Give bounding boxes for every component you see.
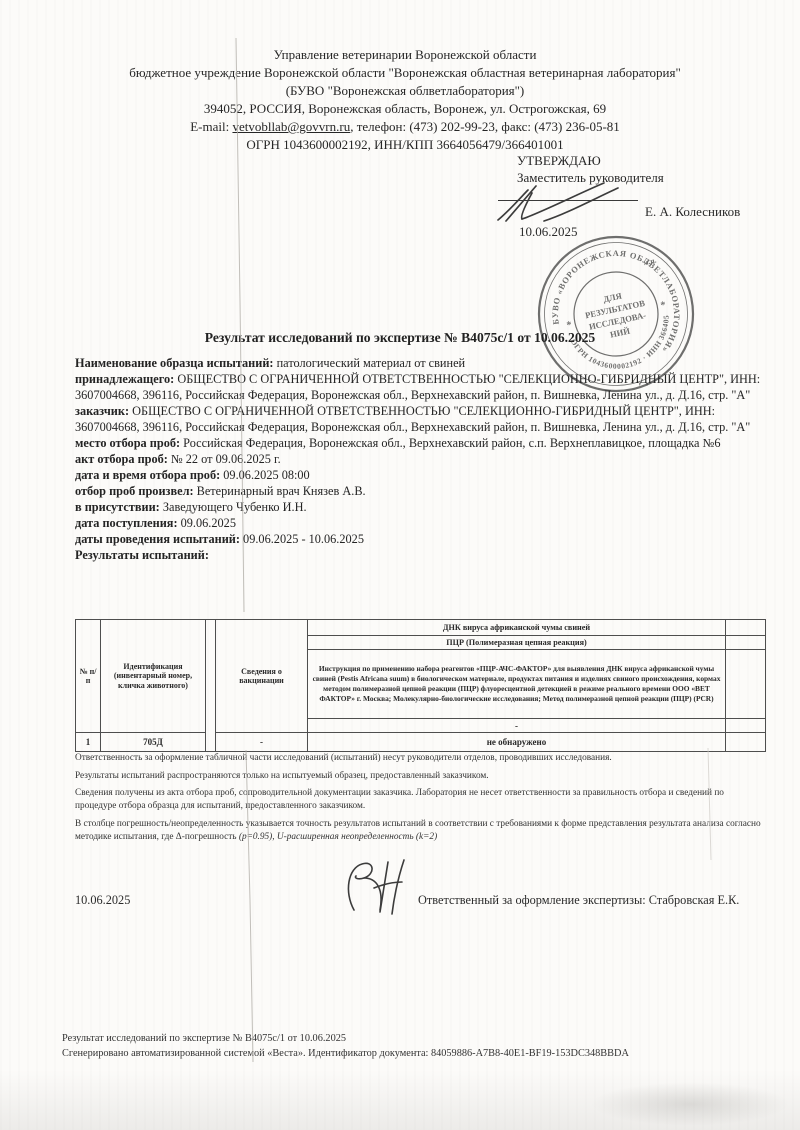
notes-block: Ответственность за оформление табличной … xyxy=(75,752,767,848)
scan-smudge-spot xyxy=(590,1082,790,1126)
right-spacer-cell-1 xyxy=(726,620,766,636)
field-witness: в присутствии: Заведующего Чубенко И.Н. xyxy=(75,499,765,515)
field-sampled-by: отбор проб произвел: Ветеринарный врач К… xyxy=(75,483,765,499)
note-3: Сведения получены из акта отбора проб, с… xyxy=(75,787,767,813)
field-customer: заказчик: ОБЩЕСТВО С ОГРАНИЧЕННОЙ ОТВЕТС… xyxy=(75,403,765,435)
row-result-cell: не обнаружено xyxy=(308,733,726,752)
footer-expertise-line: Результат исследований по экспертизе № В… xyxy=(62,1031,629,1046)
row-identification-cell: 705Д xyxy=(101,733,206,752)
org-contacts: E-mail: vetvobllab@govvrn.ru, телефон: (… xyxy=(40,118,770,136)
stamp-star-right: * xyxy=(660,300,667,312)
org-name-line2: бюджетное учреждение Воронежской области… xyxy=(40,64,770,82)
result-header-method-short: ПЦР (Полимеразная цепная реакция) xyxy=(308,636,726,650)
right-spacer-cell-4 xyxy=(726,719,766,733)
field-sample-name: Наименование образца испытаний: патологи… xyxy=(75,355,765,371)
field-owner: принадлежащего: ОБЩЕСТВО С ОГРАНИЧЕННОЙ … xyxy=(75,371,765,403)
document-title: Результат исследований по экспертизе № В… xyxy=(0,330,800,346)
note-2: Результаты испытаний распространяются то… xyxy=(75,770,767,783)
scanned-document-page: Управление ветеринарии Воронежской облас… xyxy=(0,0,800,1130)
right-spacer-cell-5 xyxy=(726,733,766,752)
result-header-dash: - xyxy=(308,719,726,733)
result-header-method-full: Инструкция по применению набора реагенто… xyxy=(308,650,726,719)
col-header-number: № п/п xyxy=(76,620,101,733)
table-row: 1 705Д - не обнаружено xyxy=(76,733,766,752)
email-label: E-mail: xyxy=(190,119,229,134)
footer-generated-line: Сгенерировано автоматизированной системо… xyxy=(62,1046,629,1061)
right-spacer-cell-3 xyxy=(726,650,766,719)
note-4-italic-part: (p=0.95), U-расширенная неопределенность… xyxy=(239,832,437,842)
field-results-heading: Результаты испытаний: xyxy=(75,547,765,563)
org-name-line1: Управление ветеринарии Воронежской облас… xyxy=(40,46,770,64)
col-header-identification: Идентификация (инвентарный номер, кличка… xyxy=(101,620,206,733)
signoff-date: 10.06.2025 xyxy=(75,893,130,908)
note-4: В столбце погрешность/неопределенность у… xyxy=(75,818,767,844)
signature-line xyxy=(498,200,638,201)
field-sampling-place: место отбора проб: Российская Федерация,… xyxy=(75,435,765,451)
field-sampling-datetime: дата и время отбора проб: 09.06.2025 08:… xyxy=(75,467,765,483)
phone-fax: , телефон: (473) 202-99-23, факс: (473) … xyxy=(350,119,620,134)
org-address: 394052, РОССИЯ, Воронежская область, Вор… xyxy=(40,100,770,118)
responsible-line: Ответственный за оформление экспертизы: … xyxy=(418,893,739,908)
responsible-signature-icon xyxy=(330,856,420,918)
right-spacer-cell-2 xyxy=(726,636,766,650)
org-name-line3: (БУВО "Воронежская облветлаборатория") xyxy=(40,82,770,100)
results-table: № п/п Идентификация (инвентарный номер, … xyxy=(75,619,766,752)
email-link[interactable]: vetvobllab@govvrn.ru xyxy=(232,119,350,134)
scan-artifact-column xyxy=(206,620,216,752)
row-vaccination-cell: - xyxy=(216,733,308,752)
result-header-analyte: ДНК вируса африканской чумы свиней xyxy=(308,620,726,636)
document-footer: Результат исследований по экспертизе № В… xyxy=(62,1031,629,1061)
field-sampling-act: акт отбора проб: № 22 от 09.06.2025 г. xyxy=(75,451,765,467)
approve-word: УТВЕРЖДАЮ xyxy=(517,152,664,169)
letterhead: Управление ветеринарии Воронежской облас… xyxy=(40,46,770,154)
sample-fields: Наименование образца испытаний: патологи… xyxy=(75,355,765,563)
field-testing-dates: даты проведения испытаний: 09.06.2025 - … xyxy=(75,531,765,547)
note-1: Ответственность за оформление табличной … xyxy=(75,752,767,765)
col-header-vaccination: Сведения о вакцинации xyxy=(216,620,308,733)
field-receipt-date: дата поступления: 09.06.2025 xyxy=(75,515,765,531)
scan-fold-lines xyxy=(0,0,800,1130)
row-number-cell: 1 xyxy=(76,733,101,752)
